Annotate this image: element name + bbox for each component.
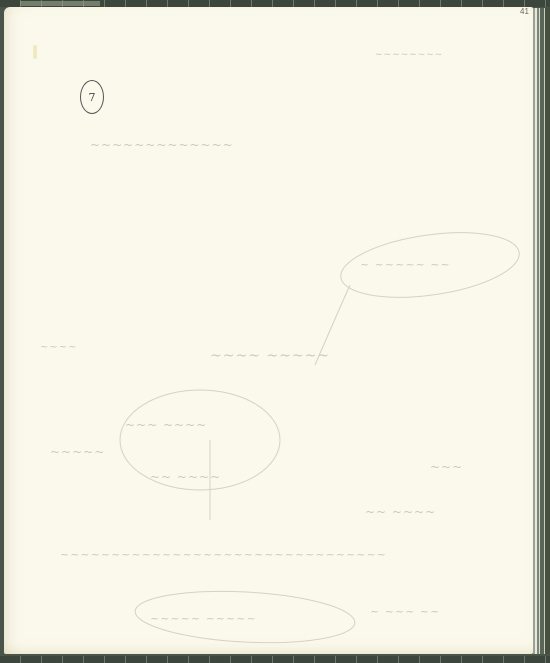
faint-text-right-note-3: ~~ ~~~~: [365, 505, 436, 519]
faint-text-bottom-line: ~ ~~~ ~~: [370, 605, 440, 618]
faint-pencil-strokes: [0, 0, 550, 663]
faint-text-top-line: ~~~~~~~~~~~~~: [90, 138, 234, 152]
faint-text-header-scribble: ~~~~~~~~: [375, 50, 443, 60]
faint-text-oval-note-2: ~~ ~~~~: [150, 470, 221, 484]
faint-text-left-note-2: ~~~~~: [50, 445, 105, 459]
faint-text-oval-note-1: ~~~ ~~~~: [125, 418, 207, 432]
faint-text-left-note: ~~~~: [40, 342, 78, 353]
faint-text-long-line: ~~~~~~~~~~~~~~~~~~~~~~~~~~~~~~~~: [60, 548, 387, 561]
faint-text-oval-bottom: ~~~~~ ~~~~~: [150, 612, 257, 625]
faint-text-mid-note: ~~~~ ~~~~~: [210, 348, 330, 364]
faint-text-right-note-2: ~~~: [430, 460, 463, 474]
faint-text-right-note: ~ ~~~~~ ~~: [360, 258, 451, 271]
